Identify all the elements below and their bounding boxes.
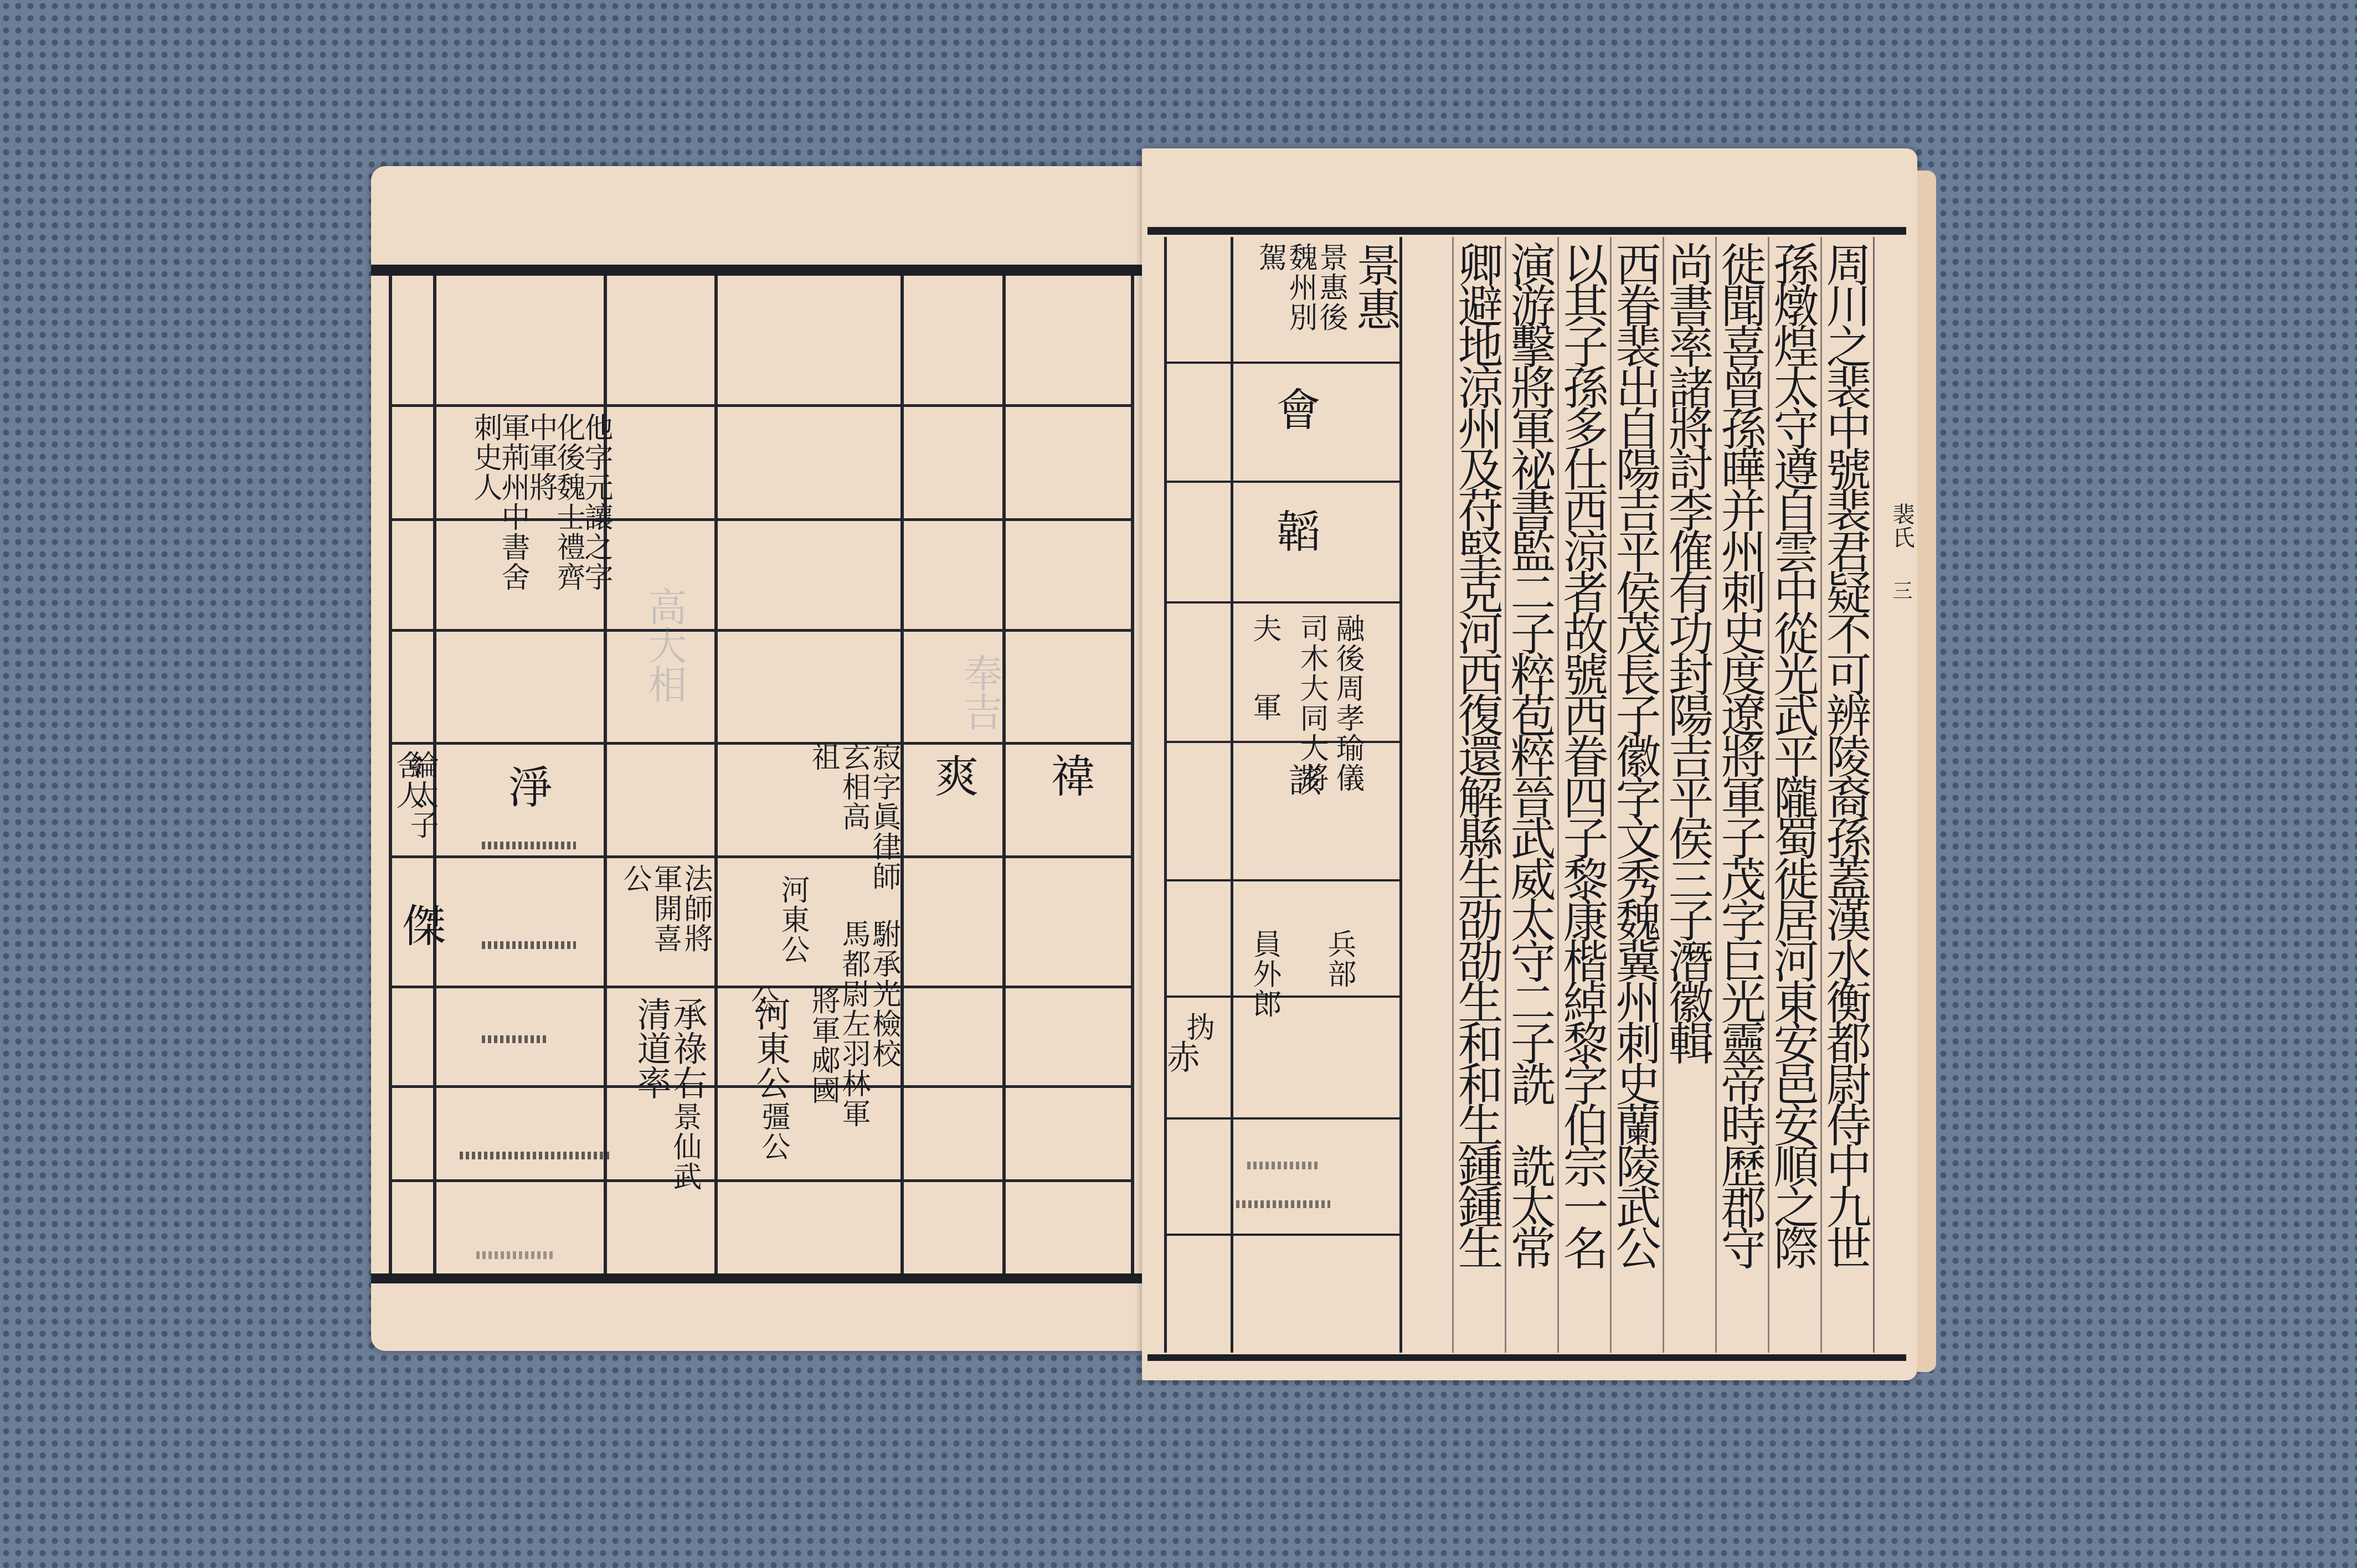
grid-hline bbox=[389, 629, 1134, 632]
cell-text-column: 化後魏士禮齊 bbox=[554, 412, 583, 592]
name-wei: 禕 bbox=[1047, 753, 1091, 797]
table-hline bbox=[1164, 879, 1399, 881]
cell-text-column: 赤 bbox=[1164, 1040, 1197, 1074]
cell-text-column: 將軍郕國 bbox=[809, 986, 837, 1105]
cell-text-column: 景惠後 bbox=[1316, 243, 1345, 332]
cell-text-column: 公 bbox=[620, 864, 649, 894]
worn-ink-mark bbox=[482, 941, 576, 949]
bleed-through-text: 高大相 bbox=[637, 587, 693, 703]
cell-text-column: 承祿右 bbox=[670, 997, 704, 1100]
text-column-8: 卿避地涼州及苻堅克河西復還解縣生劭劭生和和生鍾鍾生 bbox=[1454, 241, 1499, 1266]
top-border-rule bbox=[371, 265, 1144, 276]
worn-ink-mark bbox=[1236, 1200, 1330, 1208]
text-column-3: 徙聞喜曾孫曄并州刺史度遼將軍子茂字巨光靈帝時歷郡守 bbox=[1717, 241, 1762, 1266]
grid-hline bbox=[389, 855, 1134, 858]
text-column-2: 孫燉煌太守遵自雲中從光武平隴蜀徙居河東安邑安順之際 bbox=[1769, 241, 1815, 1266]
cell-text-column: 㧑 bbox=[1183, 1012, 1212, 1042]
page-number: 三 bbox=[1891, 580, 1911, 601]
table-hline bbox=[1164, 362, 1399, 364]
grid-vline bbox=[714, 276, 718, 1273]
text-column-4: 尚書率諸將討李傕有功封陽吉平侯三子潛徽輯 bbox=[1664, 241, 1710, 1061]
right-page: 裴氏 三 周川之裴中號裴君疑不可辨陵裔孫蓋漢水衡都尉侍中九世 孫燉煌太守遵自雲中… bbox=[1142, 148, 1917, 1380]
name-jing: 淨 bbox=[504, 764, 548, 808]
bleed-through-text: 奉吉 bbox=[953, 653, 1008, 731]
text-column-5: 西眷裴出自陽吉平侯茂長子徽字文秀魏冀州刺史蘭陵武公 bbox=[1612, 241, 1657, 1266]
cell-text-column: 馬都尉左羽林軍 bbox=[839, 919, 868, 1128]
table-hline bbox=[1164, 1117, 1399, 1120]
column-divider bbox=[1873, 237, 1875, 1353]
grid-hline bbox=[389, 1179, 1134, 1182]
name-hui: 會 bbox=[1272, 386, 1316, 431]
grid-vline bbox=[1131, 276, 1134, 1273]
left-page: 高大相 奉吉 他字元讓之字 化後魏士禮齊 中軍將 軍荊州中書舍 刺史人 綸太子 … bbox=[371, 166, 1144, 1351]
cell-text-column: 駙承光檢校 bbox=[869, 919, 898, 1069]
worn-ink-mark bbox=[482, 842, 576, 849]
cell-text-column: 舍人 bbox=[393, 750, 422, 810]
cell-text-column: 河東公 bbox=[778, 875, 807, 964]
cell-text-column: 河東公 bbox=[753, 997, 788, 1100]
cell-text-column: 景仙武 bbox=[670, 1102, 699, 1192]
table-hline bbox=[1164, 996, 1399, 998]
text-column-6: 以其子孫多仕西涼者故號西眷四子黎康楷綽黎字伯宗一名 bbox=[1559, 241, 1604, 1266]
margin-label: 裴氏 bbox=[1891, 503, 1913, 549]
cell-text-column: 員外郎 bbox=[1250, 929, 1279, 1019]
grid-vline bbox=[900, 276, 904, 1273]
worn-ink-mark bbox=[476, 1251, 554, 1259]
table-vline bbox=[1164, 237, 1167, 1353]
text-column-1: 周川之裴中號裴君疑不可辨陵裔孫蓋漢水衡都尉侍中九世 bbox=[1822, 241, 1867, 1266]
table-hline bbox=[1164, 601, 1399, 604]
cell-text-column: 融後周孝瑜儀 bbox=[1333, 613, 1362, 793]
grid-vline bbox=[1002, 276, 1006, 1273]
cell-text-column: 彊公 bbox=[759, 1102, 788, 1162]
text-column-7: 演游擊將軍祕書監二子粹苞粹晉武威太守二子詵𩢍詵太常 bbox=[1506, 241, 1552, 1266]
table-hline bbox=[1164, 1234, 1399, 1236]
page-edge-stack bbox=[1917, 171, 1936, 1372]
worn-ink-mark bbox=[1247, 1162, 1319, 1169]
cell-text-column: 兵部 bbox=[1325, 929, 1354, 989]
grid-hline bbox=[389, 404, 1134, 407]
cell-text-column: 軍開喜 bbox=[651, 864, 680, 953]
name-jie: 傑 bbox=[398, 902, 442, 947]
cell-text-column: 法師將 bbox=[681, 864, 710, 953]
cell-text-column: 刺史人 bbox=[471, 412, 500, 502]
cell-text-column: 玄相高 bbox=[839, 742, 868, 832]
cell-text-column: 魏州別 bbox=[1286, 243, 1315, 332]
cell-text-column: 清道率 bbox=[634, 997, 668, 1100]
cell-text-column: 駕 bbox=[1255, 243, 1284, 272]
cell-text-column: 他字元讓之字 bbox=[581, 412, 610, 592]
cell-text-column: 中軍將 bbox=[526, 412, 555, 502]
bottom-border-rule bbox=[371, 1273, 1144, 1283]
table-vline bbox=[1231, 237, 1233, 1353]
table-hline bbox=[1164, 741, 1399, 743]
bottom-border-rule bbox=[1147, 1354, 1906, 1361]
name-shuang: 爽 bbox=[930, 753, 975, 797]
cell-text-column: 軍荊州中書舍 bbox=[498, 412, 527, 592]
name-gai: 該 bbox=[1286, 763, 1319, 796]
table-header-jinghui: 景惠 bbox=[1352, 243, 1397, 331]
table-vline bbox=[1399, 237, 1402, 1353]
name-tao: 韜 bbox=[1272, 508, 1316, 553]
worn-ink-mark bbox=[460, 1152, 609, 1159]
cell-text-column: 祖 bbox=[809, 742, 837, 772]
cell-text-column: 夫軍 bbox=[1250, 613, 1279, 771]
table-hline bbox=[1164, 481, 1399, 483]
top-border-rule bbox=[1147, 227, 1906, 235]
grid-hline bbox=[389, 742, 1134, 745]
cell-text-column: 寂字眞律師 bbox=[869, 742, 898, 891]
worn-ink-mark bbox=[482, 1035, 548, 1043]
